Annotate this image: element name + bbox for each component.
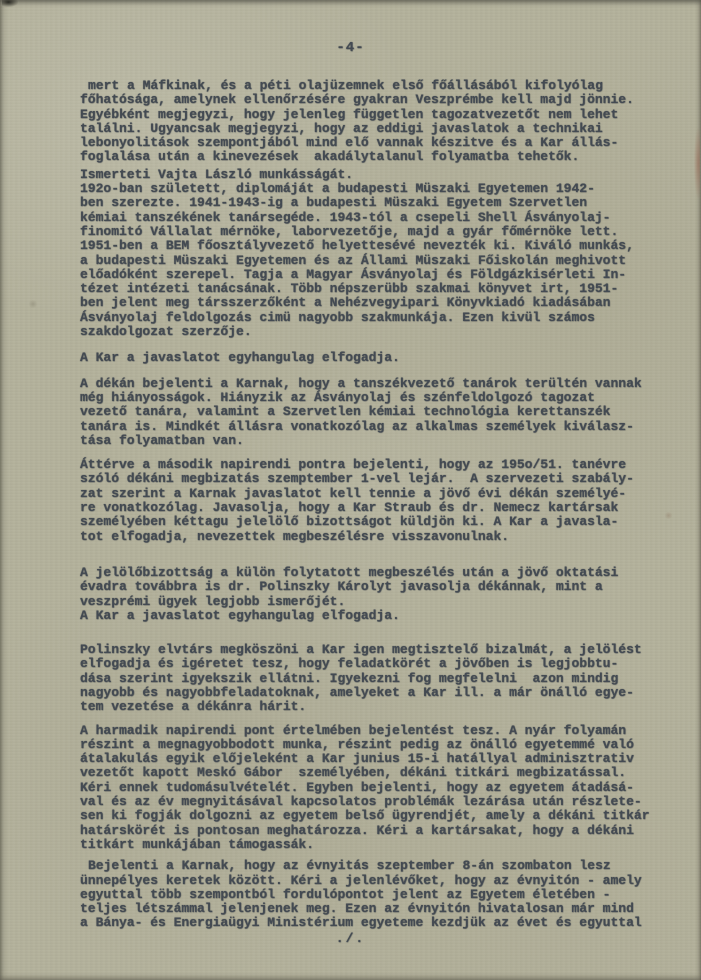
text-line: Bejelenti a Karnak, hogy az évnyitás sze… bbox=[80, 859, 660, 873]
text-line: A Kar a javaslatot egyhangulag elfogadja… bbox=[80, 351, 660, 365]
paragraph: mert a Máfkinak, és a péti olajüzemnek e… bbox=[80, 79, 660, 165]
text-line: val és az év megnyitásával kapcsolatos p… bbox=[80, 795, 660, 809]
paragraph: Áttérve a második napirendi pontra bejel… bbox=[80, 458, 660, 544]
text-line: foglalása után a kinevezések akadálytala… bbox=[80, 150, 660, 164]
text-line: a budapesti Müszaki Egyetemen és az Álla… bbox=[80, 254, 660, 268]
text-line: előadóként szerepel. Tagja a Magyar Ásvá… bbox=[80, 268, 660, 282]
text-line: szakdolgozat szerzője. bbox=[80, 325, 660, 339]
text-line: Egyébként megjegyzi, hogy jelenleg függe… bbox=[80, 108, 660, 122]
text-line: zat szerint a Karnak javaslatot kell ten… bbox=[80, 487, 660, 501]
text-line: Ásványolaj feldolgozás cimü nagyobb szak… bbox=[80, 311, 660, 325]
text-line: finomitó Vállalat mérnöke, laborvezetője… bbox=[80, 225, 660, 239]
text-line: sen ki fogják dolgozni az egyetem belső … bbox=[80, 809, 660, 823]
text-line: Polinszky elvtárs megköszöni a Kar igen … bbox=[80, 643, 660, 657]
text-line: kémiai tanszékének tanársegéde. 1943-tól… bbox=[80, 211, 660, 225]
text-line: teljes létszámmal jelenjenek meg. Ezen a… bbox=[80, 902, 660, 916]
scanned-page: -4- mert a Máfkinak, és a péti olajüzemn… bbox=[0, 0, 701, 980]
paragraph: A dékán bejelenti a Karnak, hogy a tansz… bbox=[80, 377, 660, 448]
text-line: találni. Ugyancsak megjegyzi, hogy az ed… bbox=[80, 122, 660, 136]
text-line: A Kar a javaslatot egyhangulag elfogadja… bbox=[80, 609, 660, 623]
text-line: Áttérve a második napirendi pontra bejel… bbox=[80, 458, 660, 472]
paper-stain bbox=[664, 512, 673, 519]
text-line: ben szerezte. 1941-1943-ig a budapesti M… bbox=[80, 196, 660, 210]
text-line: tem vezetése a dékánra hárit. bbox=[80, 700, 660, 714]
paragraph: Ismerteti Vajta László munkásságát.192o-… bbox=[80, 168, 660, 340]
text-line: re vonatkozólag. Javasolja, hogy a Kar S… bbox=[80, 501, 660, 515]
text-line: A harmadik napirendi pont értelmében bej… bbox=[80, 724, 660, 738]
paragraph: A Kar a javaslatot egyhangulag elfogadja… bbox=[80, 351, 660, 365]
text-line: ben jelent meg társszerzőként a Nehézveg… bbox=[80, 296, 660, 310]
text-line: tása folyamatban van. bbox=[80, 434, 660, 448]
document-body: mert a Máfkinak, és a péti olajüzemnek e… bbox=[80, 79, 660, 931]
text-line: egyuttal több szempontból fordulópontot … bbox=[80, 888, 660, 902]
text-line: Kéri ennek tudomásulvételét. Egyben beje… bbox=[80, 781, 660, 795]
text-line: részint a megnagyobbodott munka, részint… bbox=[80, 738, 660, 752]
footer-mark: ./. bbox=[0, 931, 701, 946]
scan-artifact-corner bbox=[2, 0, 18, 7]
text-line: vezető tanára, valamint a Szervetlen kém… bbox=[80, 405, 660, 419]
text-line: vezetőt kapott Meskó Gábor személyében, … bbox=[80, 766, 660, 780]
text-line: mert a Máfkinak, és a péti olajüzemnek e… bbox=[80, 79, 660, 93]
text-line: Ismerteti Vajta László munkásságát. bbox=[80, 168, 660, 182]
text-line: tézet intézeti tanácsának. Több népszerü… bbox=[80, 282, 660, 296]
text-line: főhatósága, amelynek ellenőrzésére gyakr… bbox=[80, 93, 660, 107]
text-line: titkárt munkájában támogassák. bbox=[80, 838, 660, 852]
paragraph: A harmadik napirendi pont értelmében bej… bbox=[80, 724, 660, 853]
text-line: szóló dékáni megbizatás szemptember 1-ve… bbox=[80, 472, 660, 486]
paper-stain bbox=[694, 128, 700, 198]
text-line: még hiányosságok. Hiányzik az Ásványolaj… bbox=[80, 391, 660, 405]
paragraph: Bejelenti a Karnak, hogy az évnyitás sze… bbox=[80, 859, 660, 930]
text-line: ünnepélyes keretek között. Kéri a jelenl… bbox=[80, 874, 660, 888]
text-line: A jelölőbizottság a külön folytatott meg… bbox=[80, 566, 660, 580]
text-line: átalakulás egyik előjeleként a Kar juniu… bbox=[80, 752, 660, 766]
paragraph: Polinszky elvtárs megköszöni a Kar igen … bbox=[80, 643, 660, 714]
text-line: évadra továbbra is dr. Polinszky Károlyt… bbox=[80, 580, 660, 594]
text-line: 1951-ben a BEM főosztályvezető helyettes… bbox=[80, 239, 660, 253]
text-line: veszprémi ügyek legjobb ismerőjét. bbox=[80, 595, 660, 609]
text-line: személyében kéttagu jelelölő bizottságot… bbox=[80, 515, 660, 529]
text-line: dása szerint igyekszik ellátni. Igyekezn… bbox=[80, 672, 660, 686]
text-line: A dékán bejelenti a Karnak, hogy a tansz… bbox=[80, 377, 660, 391]
page-number: -4- bbox=[0, 40, 701, 56]
text-line: 192o-ban született, diplomáját a budapes… bbox=[80, 182, 660, 196]
text-line: határskörét is pontosan meghatározza. Ké… bbox=[80, 824, 660, 838]
text-line: tanára is. Mindkét állásra vonatkozólag … bbox=[80, 420, 660, 434]
text-line: nagyobb és nagyobbfeladatoknak, amelyeke… bbox=[80, 686, 660, 700]
text-line: lebonyolitások szempontjából mind elő va… bbox=[80, 136, 660, 150]
paper-stain bbox=[28, 300, 38, 308]
text-line: a Bánya- és Energiaügyi Ministérium egye… bbox=[80, 916, 660, 930]
text-line: tot elfogadja, nevezettek megbeszélésre … bbox=[80, 530, 660, 544]
text-line: elfogadja és igéretet tesz, hogy feladat… bbox=[80, 657, 660, 671]
paragraph: A jelölőbizottság a külön folytatott meg… bbox=[80, 566, 660, 623]
